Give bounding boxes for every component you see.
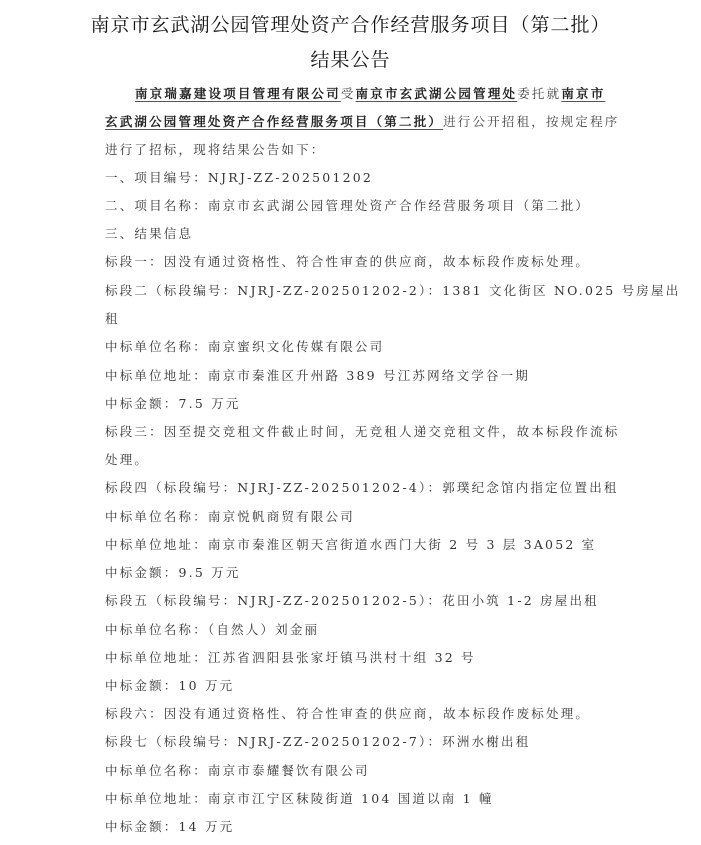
lot4-amount: 中标金额：9.5 万元 — [105, 563, 605, 581]
lot6-text: 标段六：因没有通过资格性、符合性审查的供应商，故本标段作废标处理。 — [105, 704, 605, 722]
lot7-winner-address: 中标单位地址：南京市江宁区秣陵街道 104 国道以南 1 幢 — [105, 789, 605, 807]
agent-name: 南京瑞嘉建设项目管理有限公司 — [135, 86, 341, 101]
client-name: 南京市玄武湖公园管理处 — [356, 86, 518, 101]
lot2-heading: 标段二（标段编号：NJRJ-ZZ-202501202-2）：1381 文化街区 … — [105, 281, 605, 299]
lot3-text: 标段三：因至提交竞租文件截止时间，无竞租人递交竞租文件，故本标段作流标 — [105, 422, 605, 440]
lot5-amount: 中标金额：10 万元 — [105, 676, 605, 694]
project-number: 一、项目编号：NJRJ-ZZ-202501202 — [105, 168, 605, 186]
intro-line-1: 南京瑞嘉建设项目管理有限公司受南京市玄武湖公园管理处委托就南京市 — [135, 84, 635, 102]
intro-line-2: 玄武湖公园管理处资产合作经营服务项目（第二批）进行公开招租，按规定程序 — [105, 112, 605, 130]
section-result-info: 三、结果信息 — [105, 224, 605, 242]
lot5-winner-name: 中标单位名称：（自然人）刘金丽 — [105, 620, 605, 638]
lot7-amount: 中标金额：14 万元 — [105, 817, 605, 835]
lot1-text: 标段一：因没有通过资格性、符合性审查的供应商，故本标段作废标处理。 — [105, 252, 605, 270]
intro-line-3: 进行了招标，现将结果公告如下： — [105, 140, 605, 158]
lot2-winner-name: 中标单位名称：南京蜜织文化传媒有限公司 — [105, 337, 605, 355]
lot2-winner-address: 中标单位地址：南京市秦淮区升州路 389 号江苏网络文学谷一期 — [105, 366, 605, 384]
lot7-winner-name: 中标单位名称：南京市泰耀餐饮有限公司 — [105, 761, 605, 779]
lot2-amount: 中标金额：7.5 万元 — [105, 394, 605, 412]
lot4-winner-address: 中标单位地址：南京市秦淮区朝天宫街道水西门大街 2 号 3 层 3A052 室 — [105, 535, 605, 553]
lot2-heading-cont: 租 — [105, 309, 605, 327]
document-subtitle: 结果公告 — [0, 45, 701, 72]
lot7-heading: 标段七（标段编号：NJRJ-ZZ-202501202-7）：环洲水榭出租 — [105, 732, 605, 750]
project-name-part1: 南京市 — [561, 86, 605, 101]
lot5-heading: 标段五（标段编号：NJRJ-ZZ-202501202-5）：花田小筑 1-2 房… — [105, 591, 605, 609]
project-name: 二、项目名称：南京市玄武湖公园管理处资产合作经营服务项目（第二批） — [105, 196, 605, 214]
lot3-text-cont: 处理。 — [105, 450, 605, 468]
project-name-part2: 玄武湖公园管理处资产合作经营服务项目（第二批） — [105, 114, 443, 129]
document-title: 南京市玄武湖公园管理处资产合作经营服务项目（第二批） — [0, 10, 701, 37]
lot4-winner-name: 中标单位名称：南京悦帆商贸有限公司 — [105, 507, 605, 525]
lot5-winner-address: 中标单位地址：江苏省泗阳县张家圩镇马洪村十组 32 号 — [105, 648, 605, 666]
lot4-heading: 标段四（标段编号：NJRJ-ZZ-202501202-4）：郭璞纪念馆内指定位置… — [105, 478, 605, 496]
